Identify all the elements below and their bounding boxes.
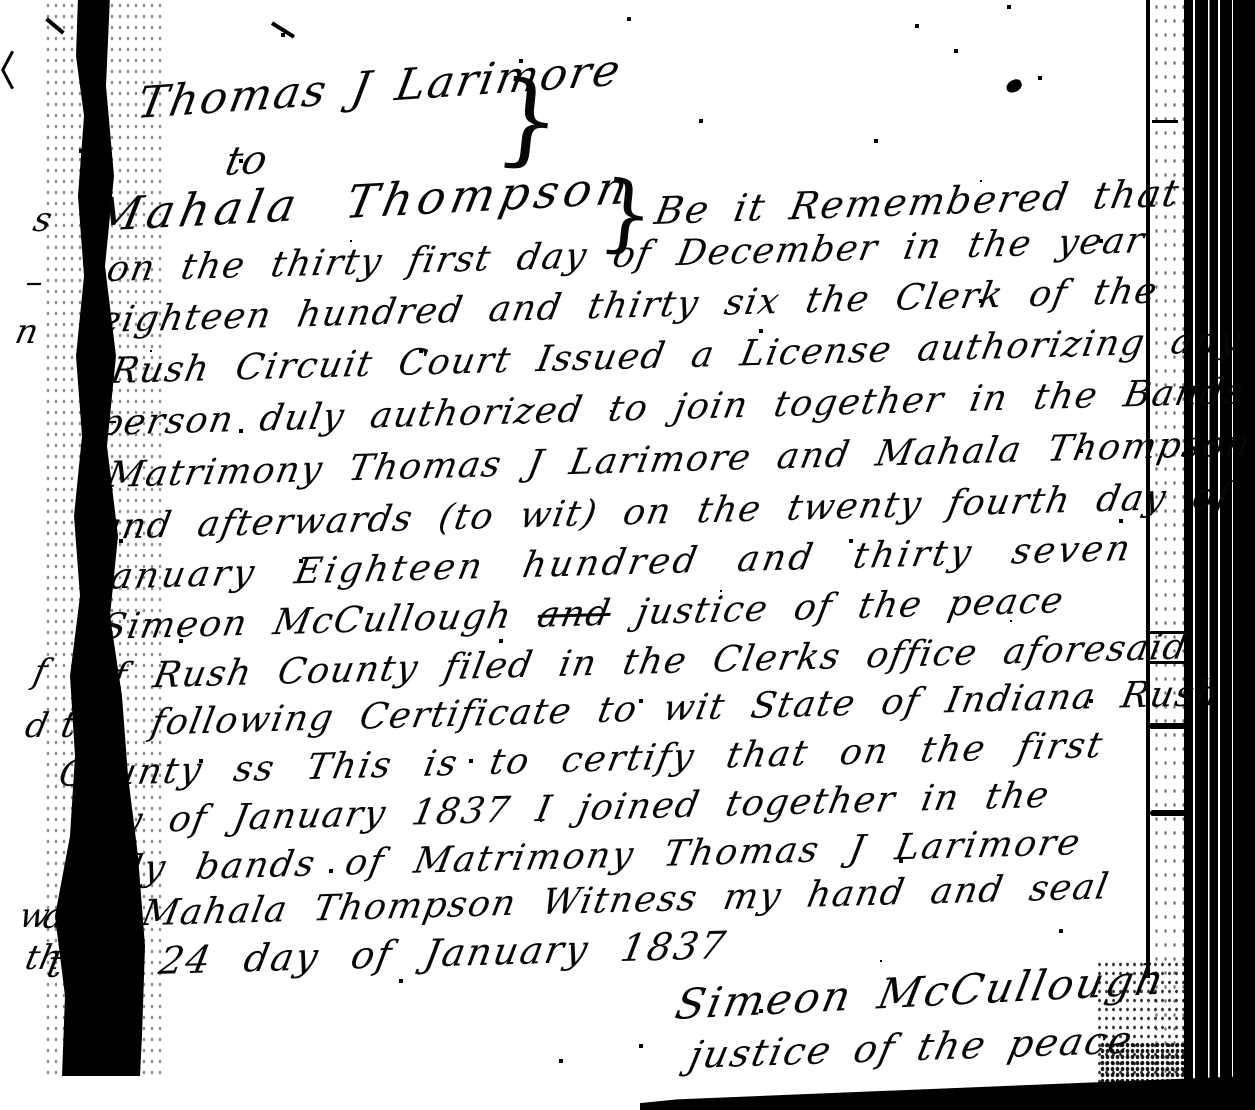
tick-mark [1150, 810, 1186, 816]
stray-mark [1, 69, 14, 90]
tick-mark [1152, 120, 1178, 123]
parties-connector: to [222, 140, 270, 182]
signature-title: justice of the peace [686, 1021, 1137, 1074]
page-edge-stipple [1152, 0, 1184, 1110]
scanned-document-page: Thomas J Larimore to Mahala Thompson } }… [0, 0, 1255, 1110]
struck-word: and [534, 593, 614, 636]
scan-noise-speckles [0, 0, 2, 2]
book-edge-binding-band [1184, 0, 1255, 1110]
grouping-brace: } [492, 67, 566, 173]
stray-mark [271, 21, 295, 38]
justice-line-post: justice of the peace [607, 580, 1068, 634]
tick-mark [1148, 723, 1188, 729]
margin-fragment: n [12, 312, 42, 352]
justice-line-pre: Simeon McCullough [98, 595, 542, 648]
ink-blot [1004, 78, 1023, 95]
